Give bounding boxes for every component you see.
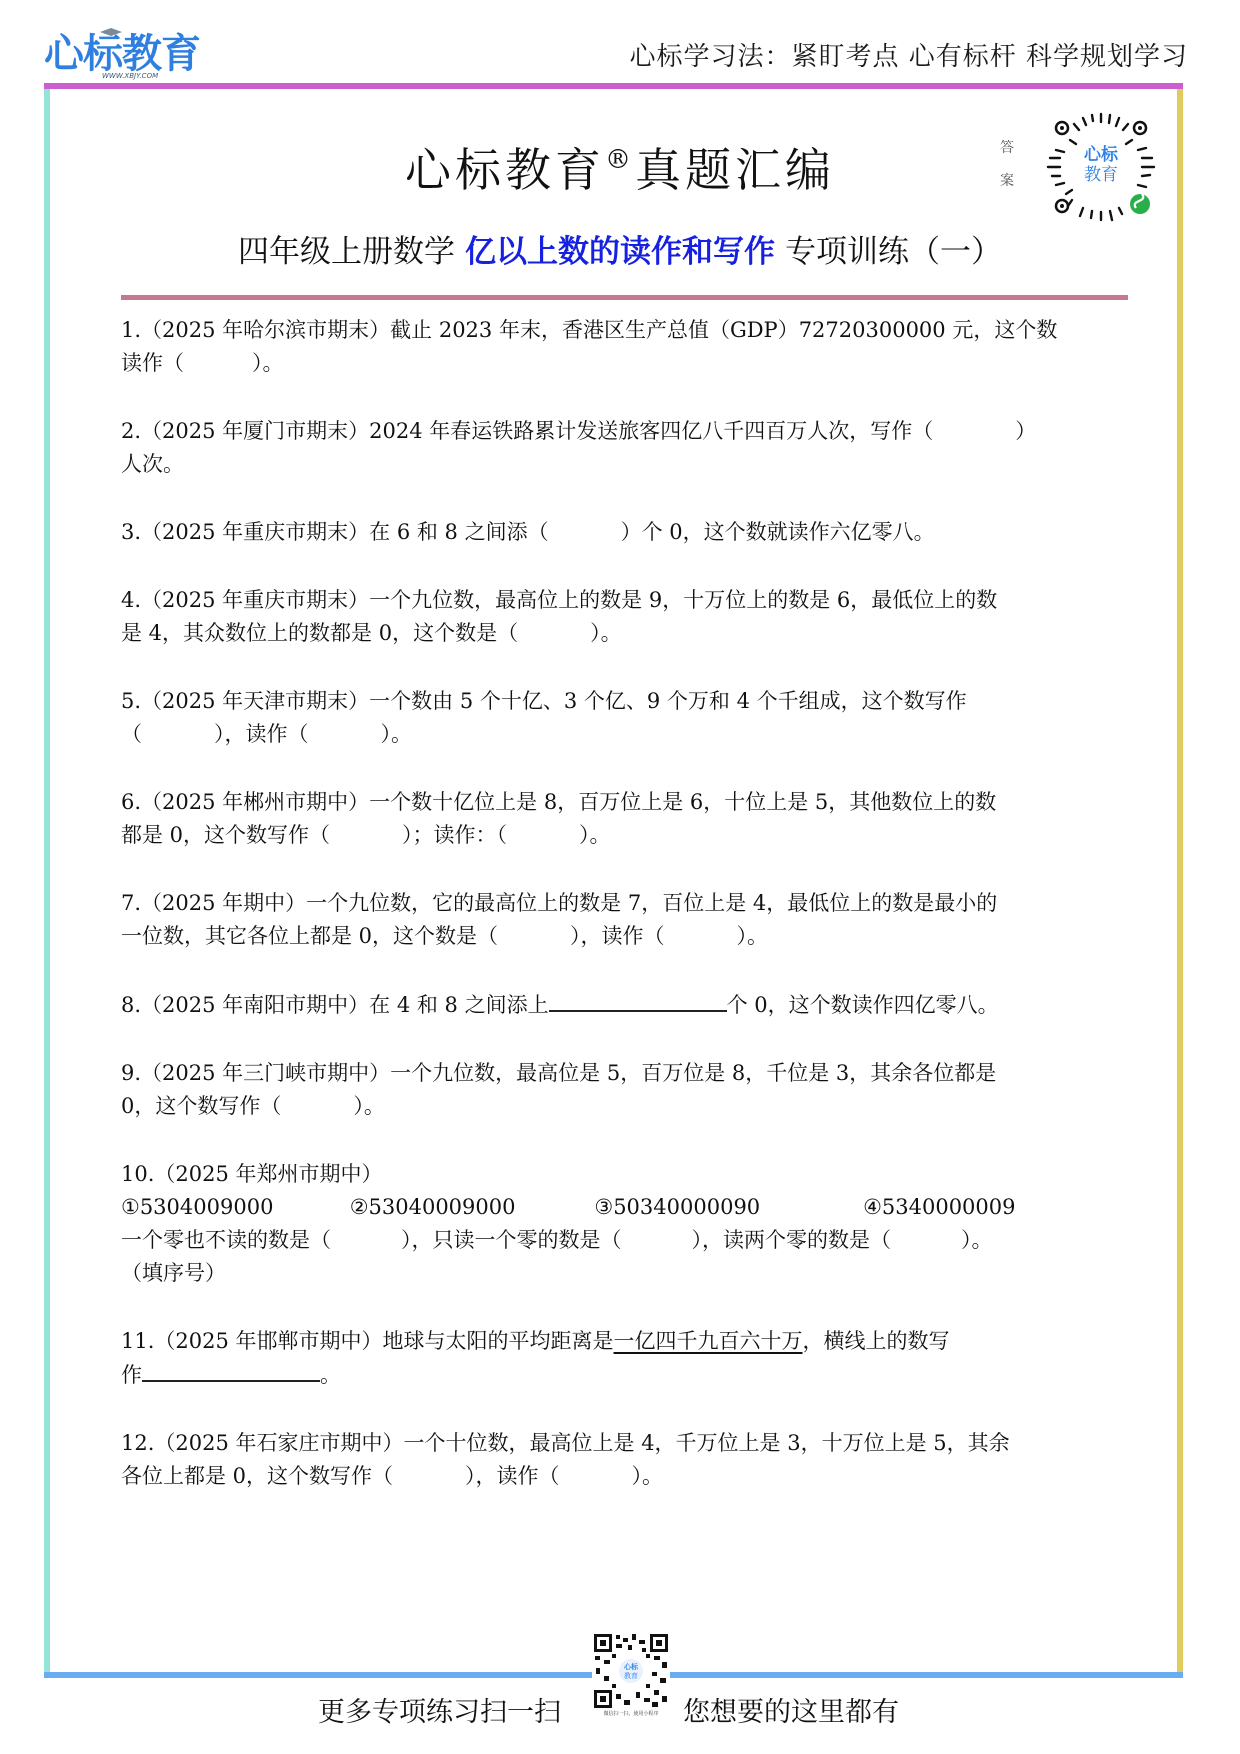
mini-program-qr-code-icon[interactable]: 心标 教育 [1042, 108, 1160, 226]
frame-right-border [1177, 89, 1183, 1672]
option-list: ①5304009000 ②53040009000 ③50340000090 ④5… [121, 1191, 1131, 1224]
question-text: 一位数，其它各位上都是 0，这个数是（ [121, 924, 498, 948]
page-subtitle: 四年级上册数学亿以上数的读作和写作专项训练（一） [0, 226, 1240, 271]
logo-text: 心标教育 [44, 30, 200, 78]
question-list: 1.（2025 年哈尔滨市期末）截止 2023 年末，香港区生产总值（GDP）7… [121, 314, 1131, 1528]
option-item: ①5304009000 [121, 1191, 343, 1224]
subtitle-prefix: 四年级上册数学 [238, 234, 455, 270]
answer-label: 答 案 [1000, 132, 1016, 198]
question-text: 2.（2025 年厦门市期末）2024 年春运铁路累计发送旅客四亿八千四百万人次… [121, 419, 933, 443]
question-text: ）。 [579, 823, 611, 847]
title-suffix: 真题汇编 [635, 143, 835, 197]
underlined-number: 一亿四千九百六十万 [614, 1329, 803, 1353]
question-text: 10.（2025 年郑州市期中） [121, 1158, 1131, 1191]
answer-label-char: 案 [1000, 165, 1016, 198]
question-text: 11.（2025 年邯郸市期中）地球与太阳的平均距离是 [121, 1329, 614, 1353]
title-brand: 心标教育 [405, 143, 605, 197]
question-text: 4.（2025 年重庆市期末）一个九位数，最高位上的数是 9，十万位上的数是 6… [121, 584, 1131, 617]
title-divider [121, 295, 1128, 300]
answer-underline[interactable] [549, 988, 727, 1012]
question-hint: （填序号） [121, 1257, 1131, 1290]
subtitle-topic: 亿以上数的读作和写作 [465, 234, 775, 270]
option-item: ③50340000090 [594, 1191, 856, 1224]
question-2: 2.（2025 年厦门市期末）2024 年春运铁路累计发送旅客四亿八千四百万人次… [121, 415, 1131, 481]
question-text: 7.（2025 年期中）一个九位数，它的最高位上的数是 7，百位上是 4，最低位… [121, 887, 1131, 920]
question-text: ），读作（ [214, 722, 309, 746]
question-text: 6.（2025 年郴州市期中）一个数十亿位上是 8，百万位上是 6，十位上是 5… [121, 786, 1131, 819]
option-item: ②53040009000 [350, 1191, 588, 1224]
question-text: ）。 [737, 924, 769, 948]
question-text: 9.（2025 年三门峡市期中）一个九位数，最高位是 5，百万位是 8，千位是 … [121, 1057, 1131, 1090]
question-text: 12.（2025 年石家庄市期中）一个十位数，最高位上是 4，千万位上是 3，十… [121, 1427, 1131, 1460]
question-text: 。 [320, 1363, 341, 1387]
question-4: 4.（2025 年重庆市期末）一个九位数，最高位上的数是 9，十万位上的数是 6… [121, 584, 1131, 650]
question-text: ）个 0，这个数就读作六亿零八。 [621, 520, 935, 544]
svg-text:心标: 心标 [1084, 144, 1119, 165]
question-text: 是 4，其众数位上的数都是 0，这个数是（ [121, 621, 518, 645]
qr-caption: 微信扫一扫，使用小程序 [592, 1710, 670, 1717]
question-text: 1.（2025 年哈尔滨市期末）截止 2023 年末，香港区生产总值（GDP）7… [121, 314, 1131, 347]
question-text: ）；读作：（ [402, 823, 507, 847]
question-text: ）。 [632, 1464, 664, 1488]
frame-left-border [44, 89, 50, 1672]
question-text: ）。 [381, 722, 413, 746]
footer-left-text: 更多专项练习扫一扫 [318, 1690, 561, 1729]
question-1: 1.（2025 年哈尔滨市期末）截止 2023 年末，香港区生产总值（GDP）7… [121, 314, 1131, 380]
question-5: 5.（2025 年天津市期末）一个数由 5 个十亿、3 个亿、9 个万和 4 个… [121, 685, 1131, 751]
question-12: 12.（2025 年石家庄市期中）一个十位数，最高位上是 4，千万位上是 3，十… [121, 1427, 1131, 1493]
question-text: ），读两个零的数是（ [692, 1228, 892, 1252]
header-slogan: 心标学习法：紧盯考点 心有标杆 科学规划学习 [629, 36, 1188, 73]
question-text: 8.（2025 年南阳市期中）在 4 和 8 之间添上 [121, 993, 549, 1017]
question-11: 11.（2025 年邯郸市期中）地球与太阳的平均距离是一亿四千九百六十万，横线上… [121, 1325, 1131, 1392]
question-text: （ [121, 722, 142, 746]
question-text: 一个零也不读的数是（ [121, 1228, 331, 1252]
answer-underline[interactable] [142, 1358, 320, 1382]
question-text: ），读作（ [570, 924, 665, 948]
question-text: 各位上都是 0，这个数写作（ [121, 1464, 393, 1488]
question-7: 7.（2025 年期中）一个九位数，它的最高位上的数是 7，百位上是 4，最低位… [121, 887, 1131, 953]
question-text: ，横线上的数写 [803, 1329, 950, 1353]
question-text: ）。 [590, 621, 622, 645]
question-9: 9.（2025 年三门峡市期中）一个九位数，最高位是 5，百万位是 8，千位是 … [121, 1057, 1131, 1123]
question-text: 读作（ [121, 351, 184, 375]
footer-qr-code-icon[interactable]: 心标 教育 微信扫一扫，使用小程序 [592, 1632, 670, 1718]
svg-text:教育: 教育 [1084, 165, 1118, 185]
question-text: 5.（2025 年天津市期末）一个数由 5 个十亿、3 个亿、9 个万和 4 个… [121, 685, 1131, 718]
question-text: ）。 [961, 1228, 993, 1252]
subtitle-suffix: 专项训练（一） [785, 234, 1002, 270]
footer-right-text: 您想要的这里都有 [683, 1690, 899, 1729]
question-text: 人次。 [121, 448, 1131, 481]
question-3: 3.（2025 年重庆市期末）在 6 和 8 之间添（）个 0，这个数就读作六亿… [121, 516, 1131, 549]
svg-text:心标: 心标 [624, 1662, 639, 1671]
frame-top-border [44, 83, 1183, 89]
question-6: 6.（2025 年郴州市期中）一个数十亿位上是 8，百万位上是 6，十位上是 5… [121, 786, 1131, 852]
question-10: 10.（2025 年郑州市期中） ①5304009000 ②5304000900… [121, 1158, 1131, 1290]
question-text: ） [1015, 419, 1036, 443]
question-8: 8.（2025 年南阳市期中）在 4 和 8 之间添上个 0，这个数读作四亿零八… [121, 988, 1131, 1022]
question-text: 3.（2025 年重庆市期末）在 6 和 8 之间添（ [121, 520, 549, 544]
option-item: ④5340000009 [863, 1191, 1015, 1224]
question-text: ）。 [353, 1094, 385, 1118]
svg-text:教育: 教育 [624, 1671, 638, 1680]
registered-mark: ® [605, 145, 635, 175]
answer-label-char: 答 [1000, 132, 1016, 165]
question-text: ），只读一个零的数是（ [401, 1228, 622, 1252]
question-text: 个 0，这个数读作四亿零八。 [727, 993, 999, 1017]
question-text: 都是 0，这个数写作（ [121, 823, 330, 847]
logo-url-text: WWW.XBJY.COM [102, 72, 158, 80]
question-text: 0，这个数写作（ [121, 1094, 281, 1118]
question-text: ），读作（ [465, 1464, 560, 1488]
question-text: ）。 [252, 351, 284, 375]
brand-logo: 心标教育 WWW.XBJY.COM [44, 30, 204, 82]
question-text: 作 [121, 1363, 142, 1387]
